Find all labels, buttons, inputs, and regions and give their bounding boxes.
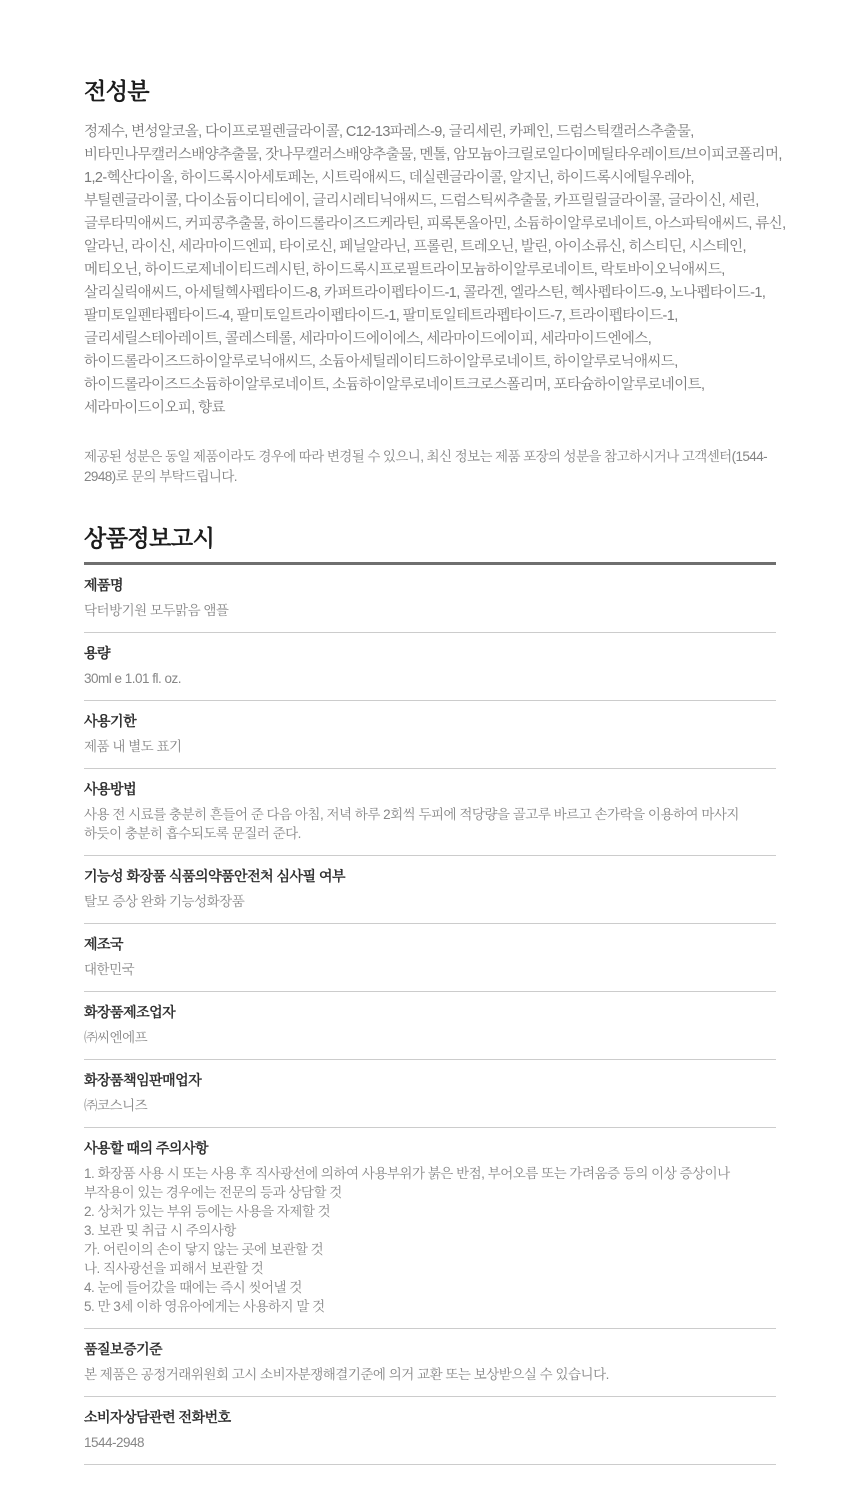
info-value: 사용 전 시료를 충분히 흔들어 준 다음 아침, 저녁 하루 2회씩 두피에 … [84, 805, 776, 843]
info-value: 본 제품은 공정거래위원회 고시 소비자분쟁해결기준에 의거 교환 또는 보상받… [84, 1365, 776, 1384]
ingredients-text: 정제수, 변성알코올, 다이프로필렌글라이콜, C12-13파레스-9, 글리세… [84, 121, 790, 420]
info-label: 기능성 화장품 식품의약품안전처 심사필 여부 [84, 868, 776, 885]
info-row-precautions: 사용할 때의 주의사항 1. 화장품 사용 시 또는 사용 후 직사광선에 의하… [84, 1128, 776, 1329]
info-label: 품질보증기준 [84, 1341, 776, 1358]
info-value: 30ml e 1.01 fl. oz. [84, 669, 776, 688]
info-label: 제조국 [84, 936, 776, 953]
info-label: 제품명 [84, 577, 776, 594]
info-value: 1. 화장품 사용 시 또는 사용 후 직사광선에 의하여 사용부위가 붉은 반… [84, 1164, 776, 1316]
product-info-title: 상품정보고시 [84, 525, 776, 565]
info-label: 화장품책임판매업자 [84, 1072, 776, 1089]
info-row-responsible-seller: 화장품책임판매업자 ㈜코스니즈 [84, 1060, 776, 1128]
info-row-quality-guarantee: 품질보증기준 본 제품은 공정거래위원회 고시 소비자분쟁해결기준에 의거 교환… [84, 1329, 776, 1397]
info-label: 사용할 때의 주의사항 [84, 1140, 776, 1157]
product-detail-page: 전성분 정제수, 변성알코올, 다이프로필렌글라이콜, C12-13파레스-9,… [0, 0, 860, 1505]
info-value: 탈모 증상 완화 기능성화장품 [84, 892, 776, 911]
info-value: 제품 내 별도 표기 [84, 737, 776, 756]
ingredients-title: 전성분 [84, 78, 776, 105]
ingredients-change-note: 제공된 성분은 동일 제품이라도 경우에 따라 변경될 수 있으니, 최신 정보… [84, 447, 790, 487]
product-info-section: 상품정보고시 제품명 닥터방기원 모두맑음 앰플 용량 30ml e 1.01 … [84, 525, 776, 1465]
info-label: 사용방법 [84, 781, 776, 798]
info-row-volume: 용량 30ml e 1.01 fl. oz. [84, 633, 776, 701]
info-value: 대한민국 [84, 960, 776, 979]
info-value: 닥터방기원 모두맑음 앰플 [84, 601, 776, 620]
ingredients-section: 전성분 정제수, 변성알코올, 다이프로필렌글라이콜, C12-13파레스-9,… [84, 78, 776, 487]
info-label: 사용기한 [84, 713, 776, 730]
info-row-product-name: 제품명 닥터방기원 모두맑음 앰플 [84, 565, 776, 633]
info-row-expiration: 사용기한 제품 내 별도 표기 [84, 701, 776, 769]
info-label: 용량 [84, 645, 776, 662]
info-row-country: 제조국 대한민국 [84, 924, 776, 992]
info-value: 1544-2948 [84, 1433, 776, 1452]
info-row-manufacturer: 화장품제조업자 ㈜씨엔에프 [84, 992, 776, 1060]
info-value: ㈜씨엔에프 [84, 1028, 776, 1047]
info-value: ㈜코스니즈 [84, 1096, 776, 1115]
info-row-customer-phone: 소비자상담관련 전화번호 1544-2948 [84, 1397, 776, 1465]
info-label: 소비자상담관련 전화번호 [84, 1409, 776, 1426]
info-row-usage: 사용방법 사용 전 시료를 충분히 흔들어 준 다음 아침, 저녁 하루 2회씩… [84, 769, 776, 856]
info-row-functional-approval: 기능성 화장품 식품의약품안전처 심사필 여부 탈모 증상 완화 기능성화장품 [84, 856, 776, 924]
info-label: 화장품제조업자 [84, 1004, 776, 1021]
